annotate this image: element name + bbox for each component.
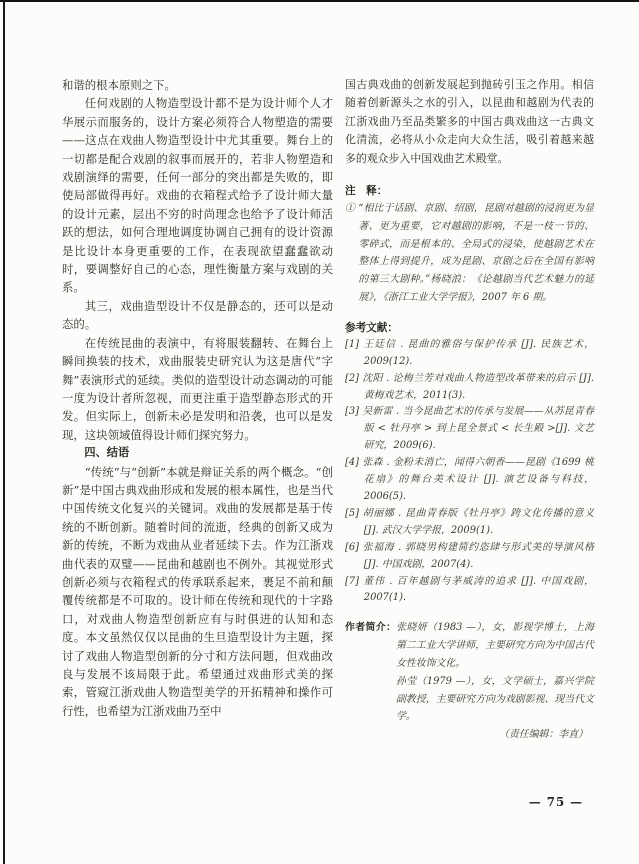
note-item: ① “相比于话剧、京剧、绍剧，昆剧对越剧的浸润更为显著、更为重要，它对越剧的影响… bbox=[345, 200, 594, 307]
reference-item: [2] 沈阳 . 论梅兰芳对戏曲人物造型改革带来的启示 [J]. 黄梅戏艺术，2… bbox=[345, 371, 594, 405]
right-column: 国古典戏曲的创新发展起到抛砖引玉之作用。相信随着创新源头之水的引入，以昆曲和越剧… bbox=[345, 76, 594, 744]
author-bio-section: 作者简介：张晓妍（1983 —），女，影视学博士，上海第二工业大学讲师，主要研究… bbox=[345, 619, 594, 744]
left-column: 和谐的根本原则之下。 任何戏剧的人物造型设计都不是为设计师个人才华展示而服务的，… bbox=[62, 76, 333, 720]
notes-heading: 注 释： bbox=[345, 182, 594, 200]
scanned-paper-page: 和谐的根本原则之下。 任何戏剧的人物造型设计都不是为设计师个人才华展示而服务的，… bbox=[0, 0, 639, 864]
body-paragraph: “传统”与“创新”本就是辩证关系的两个概念。“创新”是中国古典戏曲形成和发展的根… bbox=[62, 463, 333, 721]
author-bio-item: 作者简介：张晓妍（1983 —），女，影视学博士，上海第二工业大学讲师，主要研究… bbox=[345, 619, 594, 672]
reference-item: [6] 张福海 . 郭晓男构建简约恣肆与形式美的导演风格 [J]. 中国戏剧，2… bbox=[345, 540, 594, 574]
scan-edge-left bbox=[3, 0, 5, 864]
paragraph-carryover: 国古典戏曲的创新发展起到抛砖引玉之作用。相信随着创新源头之水的引入，以昆曲和越剧… bbox=[345, 76, 594, 168]
body-paragraph: 任何戏剧的人物造型设计都不是为设计师个人才华展示而服务的，设计方案必须符合人物塑… bbox=[62, 94, 333, 296]
reference-item: [3] 吴新雷 . 当今昆曲艺术的传承与发展——从苏昆青春版 < 牡丹亭 > 到… bbox=[345, 404, 594, 455]
reference-item: [4] 张森 . 金粉未消亡，闻得六朝香——昆剧《1699 桃花扇》的舞台美术设… bbox=[345, 455, 594, 506]
author-bio-heading: 作者简介： bbox=[345, 622, 396, 633]
author-bio-text: 张晓妍（1983 —），女，影视学博士，上海第二工业大学讲师，主要研究方向为中国… bbox=[396, 622, 594, 669]
editor-note: （责任编辑：李直） bbox=[345, 726, 594, 744]
references-heading: 参考文献： bbox=[345, 319, 594, 337]
author-bio-item: 孙莹（1979 —），女，文学硕士，嘉兴学院副教授，主要研究方向为戏剧影视、现当… bbox=[345, 673, 594, 726]
body-paragraph: 在传统昆曲的表演中，有将服装翻转、在舞台上瞬间换装的技术，戏曲服装史研究认为这是… bbox=[62, 334, 333, 444]
body-paragraph: 其三，戏曲造型设计不仅是静态的，还可以是动态的。 bbox=[62, 297, 333, 334]
reference-item: [7] 董伟 . 百年越剧与茅威涛的追求 [J]. 中国戏剧，2007(1). bbox=[345, 574, 594, 608]
reference-item: [1] 王廷信 . 昆曲的雅俗与保护传承 [J]. 民族艺术，2009(12). bbox=[345, 337, 594, 371]
section-heading-conclusion: 四、结语 bbox=[62, 444, 333, 462]
page-number: — 75 — bbox=[514, 795, 598, 809]
reference-item: [5] 胡丽娜 . 昆曲青春版《牡丹亭》跨文化传播的意义 [J]. 武汉大学学报… bbox=[345, 506, 594, 540]
paragraph-carryover: 和谐的根本原则之下。 bbox=[62, 76, 333, 94]
references-section: 参考文献： [1] 王廷信 . 昆曲的雅俗与保护传承 [J]. 民族艺术，200… bbox=[345, 319, 594, 608]
notes-section: 注 释： ① “相比于话剧、京剧、绍剧，昆剧对越剧的浸润更为显著、更为重要，它对… bbox=[345, 182, 594, 307]
scan-edge-top bbox=[0, 0, 639, 2]
